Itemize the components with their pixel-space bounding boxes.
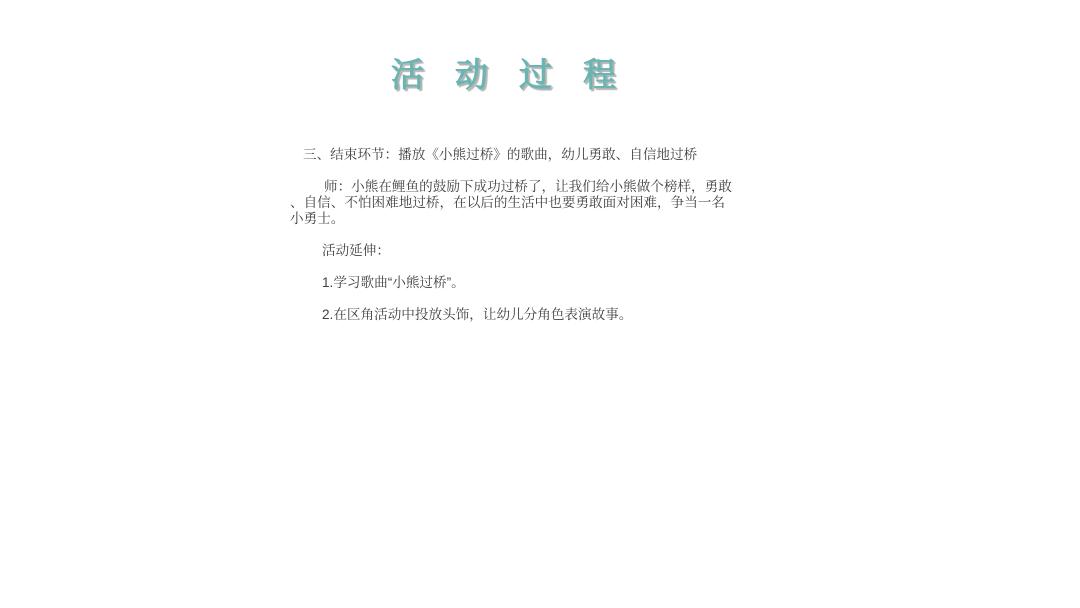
body-paragraph-closing-section: 三、结束环节：播放《小熊过桥》的歌曲，幼儿勇敢、自信地过桥 [290, 147, 737, 163]
body-paragraph-teacher-speech: 师：小熊在鲤鱼的鼓励下成功过桥了，让我们给小熊做个榜样，勇敢、自信、不怕困难地过… [290, 179, 737, 226]
body-paragraph-extension-item-1: 1.学习歌曲“小熊过桥”。 [290, 275, 737, 291]
slide-title: 活动过程 [391, 49, 647, 96]
presentation-slide: 活动过程 三、结束环节：播放《小熊过桥》的歌曲，幼儿勇敢、自信地过桥 师：小熊在… [0, 0, 1080, 608]
slide-body: 三、结束环节：播放《小熊过桥》的歌曲，幼儿勇敢、自信地过桥 师：小熊在鲤鱼的鼓励… [290, 147, 737, 339]
body-paragraph-extension-heading: 活动延伸： [290, 243, 737, 259]
body-paragraph-extension-item-2: 2.在区角活动中投放头饰，让幼儿分角色表演故事。 [290, 307, 737, 323]
